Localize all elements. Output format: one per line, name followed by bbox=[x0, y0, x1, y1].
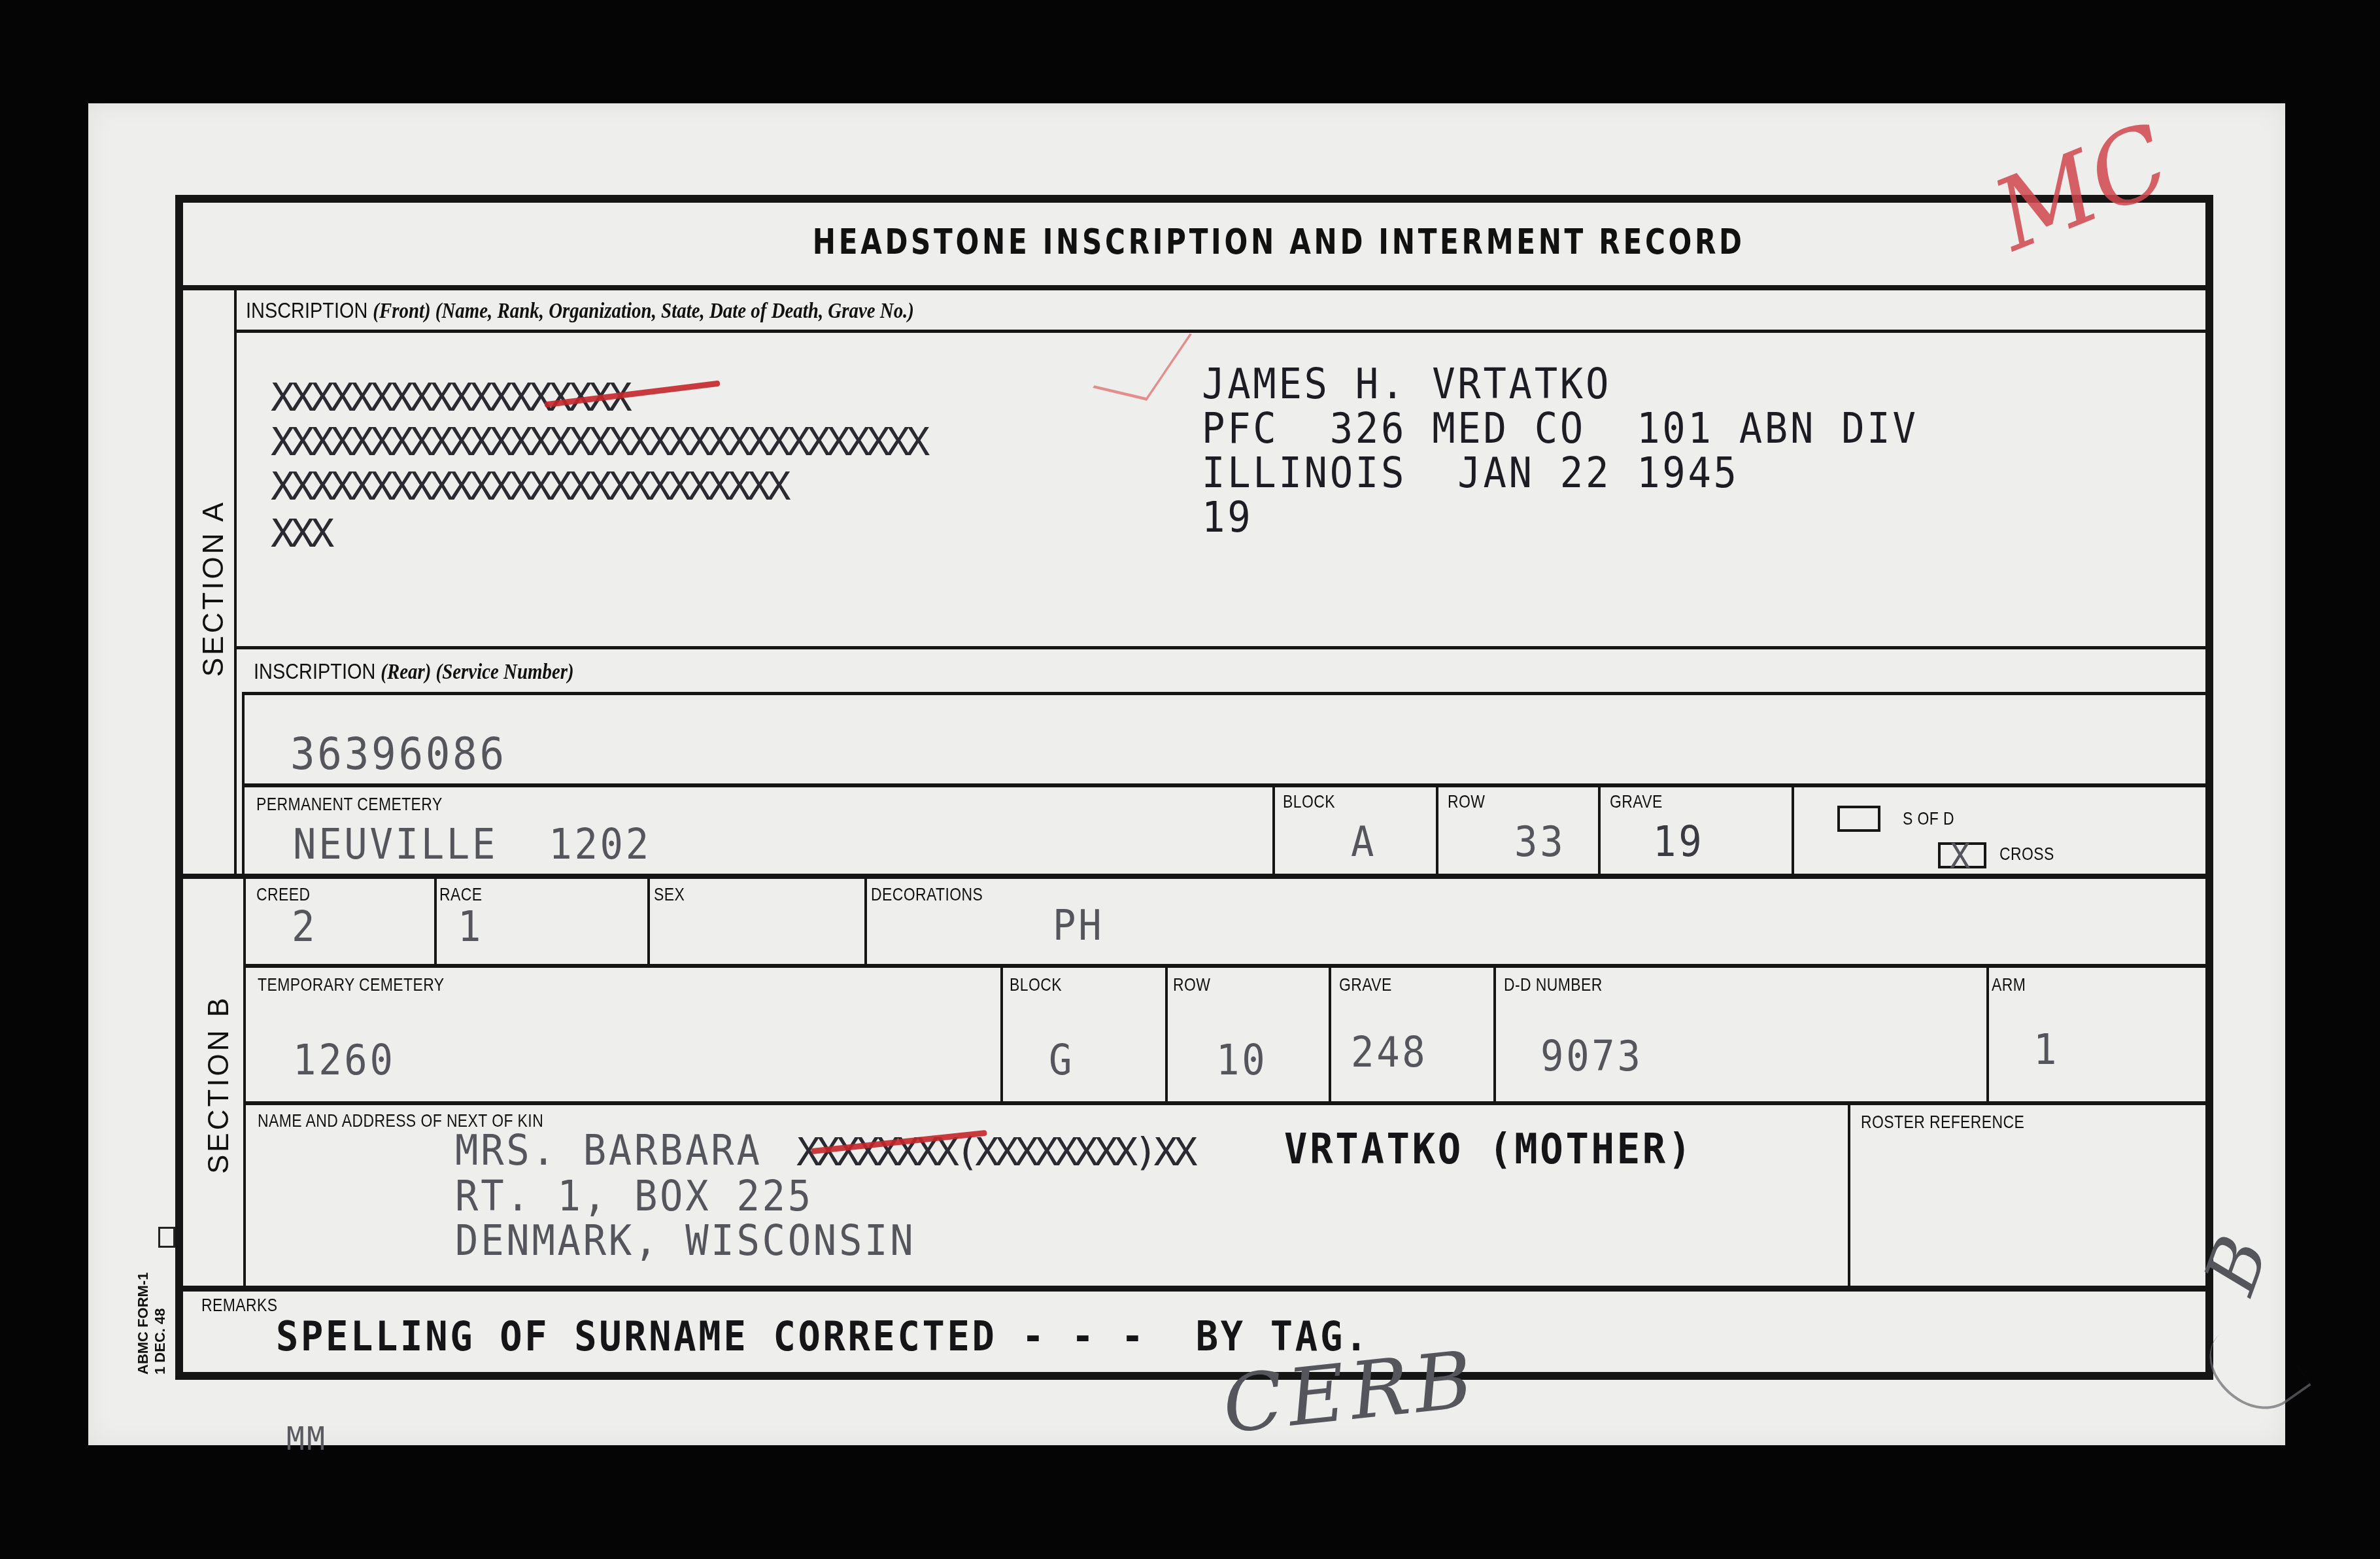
form-title: HEADSTONE INSCRIPTION AND INTERMENT RECO… bbox=[813, 221, 1567, 262]
perm-block-value: A bbox=[1351, 819, 1376, 866]
next-of-kin-address: RT. 1, BOX 225 bbox=[455, 1173, 813, 1220]
creed-label: CREED bbox=[256, 884, 310, 905]
temp-col-divider bbox=[1986, 967, 1989, 1103]
perm-block-label: BLOCK bbox=[1283, 791, 1335, 812]
inscription-line-state-date: ILLINOIS JAN 22 1945 bbox=[1202, 450, 1739, 497]
remarks-label: REMARKS bbox=[201, 1295, 277, 1316]
roster-reference-label: ROSTER REFERENCE bbox=[1861, 1112, 2024, 1133]
form-border-right bbox=[2205, 195, 2213, 1380]
decorations-value: PH bbox=[1053, 902, 1104, 950]
section-b-label: SECTION B bbox=[203, 995, 235, 1174]
section-divider-a-b bbox=[175, 874, 2213, 879]
temp-col-divider bbox=[1000, 967, 1003, 1103]
s-of-d-label: S OF D bbox=[1903, 808, 1954, 829]
perm-grave-label: GRAVE bbox=[1610, 791, 1663, 812]
struck-line: XXXXXXXXXXXXXXXXXXXXXXXXXX bbox=[271, 463, 787, 510]
personal-row-bottom bbox=[243, 964, 2205, 968]
permanent-cemetery-value: NEUVILLE 1202 bbox=[293, 821, 651, 868]
inscription-rear-label: INSCRIPTION (Rear) (Service Number) bbox=[254, 659, 574, 685]
decorations-label: DECORATIONS bbox=[871, 884, 983, 905]
inscription-line-rank-unit: PFC 326 MED CO 101 ABN DIV bbox=[1202, 405, 1918, 453]
section-a-label: SECTION A bbox=[197, 500, 230, 677]
form-border-top bbox=[175, 195, 2213, 203]
perm-row-value: 33 bbox=[1514, 819, 1565, 866]
inscription-rear-label-hint: (Rear) (Service Number) bbox=[381, 660, 573, 684]
temp-col-divider bbox=[1165, 967, 1168, 1103]
dd-number-value: 9073 bbox=[1540, 1033, 1643, 1080]
inscription-rear-header-divider bbox=[242, 692, 2205, 695]
next-of-kin-city-state: DENMARK, WISCONSIN bbox=[455, 1218, 915, 1265]
section-a-divider bbox=[234, 288, 237, 876]
service-number: 36396086 bbox=[290, 731, 507, 778]
perm-col-divider bbox=[1792, 785, 1794, 876]
perm-col-divider bbox=[1272, 785, 1275, 876]
arm-value: 1 bbox=[2033, 1027, 2059, 1074]
dd-number-label: D-D NUMBER bbox=[1504, 974, 1603, 995]
inscription-front-label-text: INSCRIPTION bbox=[246, 298, 367, 323]
typed-initials: MM bbox=[286, 1415, 328, 1462]
arm-label: ARM bbox=[1992, 974, 2026, 995]
roster-divider bbox=[1848, 1104, 1850, 1290]
inscription-front-header-divider bbox=[235, 330, 2205, 333]
form-id: ABMC FORM-1 1 DEC. 48 bbox=[135, 1273, 169, 1375]
temp-grave-value: 248 bbox=[1351, 1029, 1427, 1076]
cross-label: CROSS bbox=[1999, 844, 2054, 865]
race-value: 1 bbox=[458, 904, 483, 951]
personal-col-divider bbox=[864, 876, 867, 968]
temp-col-divider bbox=[1493, 967, 1496, 1103]
s-of-d-checkbox[interactable] bbox=[1837, 806, 1880, 832]
next-of-kin-struck: XXXXXXXX(XXXXXXXX)XX bbox=[796, 1129, 1193, 1176]
remarks-value: SPELLING OF SURNAME CORRECTED - - - BY T… bbox=[276, 1313, 1370, 1360]
personal-col-divider bbox=[647, 876, 650, 968]
section-b-divider bbox=[243, 876, 246, 1290]
temp-row-value: 10 bbox=[1216, 1037, 1267, 1084]
personal-col-divider bbox=[434, 876, 437, 968]
form-id-line1: ABMC FORM-1 bbox=[135, 1273, 152, 1375]
temp-col-divider bbox=[1329, 967, 1331, 1103]
temporary-cemetery-value: 1260 bbox=[293, 1037, 396, 1084]
inscription-front-label: INSCRIPTION (Front) (Name, Rank, Organiz… bbox=[246, 298, 914, 324]
inscription-line-name: JAMES H. VRTATKO bbox=[1202, 361, 1611, 408]
inscription-line-grave: 19 bbox=[1202, 494, 1253, 541]
perm-grave-value: 19 bbox=[1653, 819, 1704, 866]
next-of-kin-name-suffix: VRTATKO (MOTHER) bbox=[1284, 1126, 1693, 1173]
next-of-kin-name-prefix: MRS. BARBARA bbox=[455, 1127, 762, 1174]
form-id-line2: 1 DEC. 48 bbox=[152, 1273, 169, 1375]
inscription-front-bottom-divider bbox=[235, 646, 2205, 649]
perm-col-divider bbox=[1598, 785, 1601, 876]
cross-check-mark: X bbox=[1950, 837, 1970, 876]
temp-grave-label: GRAVE bbox=[1339, 974, 1392, 995]
inscription-front-label-hint: (Front) (Name, Rank, Organization, State… bbox=[373, 299, 914, 323]
race-label: RACE bbox=[439, 884, 482, 905]
struck-line: XXXXXXXXXXXXXXXXXXXXXXXXXXXXXXXXX bbox=[271, 419, 926, 466]
inscription-rear-label-text: INSCRIPTION bbox=[254, 659, 375, 684]
title-divider bbox=[175, 285, 2213, 290]
inscription-rear-bottom-divider bbox=[242, 783, 2205, 787]
perm-row-label: ROW bbox=[1448, 791, 1485, 812]
form-id-box-icon bbox=[158, 1227, 175, 1248]
temporary-cemetery-label: TEMPORARY CEMETERY bbox=[258, 974, 445, 995]
form-border-bottom bbox=[175, 1372, 2213, 1380]
temp-row-label: ROW bbox=[1173, 974, 1210, 995]
temp-block-label: BLOCK bbox=[1010, 974, 1062, 995]
creed-value: 2 bbox=[292, 904, 317, 951]
section-b-bottom bbox=[175, 1286, 2213, 1292]
rear-left-border bbox=[242, 693, 245, 876]
cross-checkbox[interactable]: X bbox=[1938, 842, 1986, 868]
temp-block-value: G bbox=[1049, 1037, 1074, 1084]
sex-label: SEX bbox=[654, 884, 685, 905]
perm-col-divider bbox=[1436, 785, 1438, 876]
permanent-cemetery-label: PERMANENT CEMETERY bbox=[256, 794, 443, 815]
form-border-left bbox=[175, 195, 183, 1380]
struck-line: XXX bbox=[271, 510, 330, 557]
temp-row-bottom bbox=[243, 1101, 2205, 1105]
